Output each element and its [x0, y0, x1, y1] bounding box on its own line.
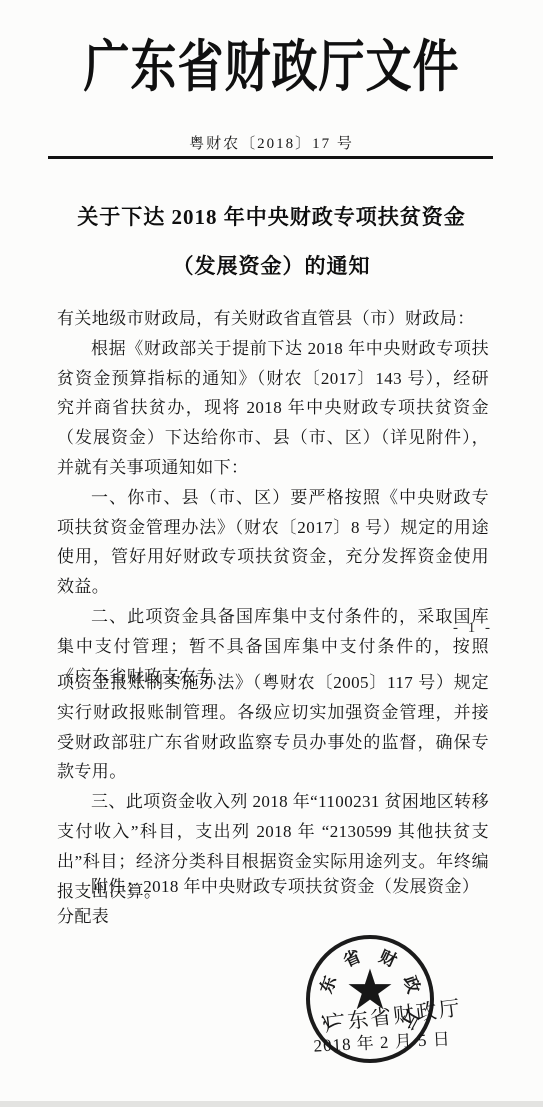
- document-title-line1: 关于下达 2018 年中央财政专项扶贫资金: [30, 193, 513, 242]
- paragraph: 项资金报账制实施办法》（粤财农〔2005〕117 号）规定实行财政报账制管理。各…: [57, 668, 489, 787]
- document-title: 关于下达 2018 年中央财政专项扶贫资金 （发展资金）的通知: [30, 193, 513, 291]
- document-header-title: 广东省财政厅文件: [0, 23, 543, 104]
- document-page: 广东省财政厅文件 粤财农〔2018〕17 号 关于下达 2018 年中央财政专项…: [0, 0, 543, 1107]
- body-page1: 有关地级市财政局，有关财政省直管县（市）财政局： 根据《财政部关于提前下达 20…: [57, 304, 489, 691]
- seal-arc-char: 政: [399, 972, 428, 996]
- document-number: 粤财农〔2018〕17 号: [0, 132, 543, 153]
- paragraph: 一、你市、县（市、区）要严格按照《中央财政专项扶贫资金管理办法》（财农〔2017…: [57, 483, 489, 602]
- page-number: - 1 -: [453, 620, 493, 637]
- salutation: 有关地级市财政局，有关财政省直管县（市）财政局：: [57, 304, 489, 334]
- document-title-line2: （发展资金）的通知: [30, 242, 513, 291]
- attachment-note: 附件：2018 年中央财政专项扶贫资金（发展资金）分配表: [57, 872, 489, 932]
- body-page2: 项资金报账制实施办法》（粤财农〔2005〕117 号）规定实行财政报账制管理。各…: [57, 668, 489, 906]
- paragraph: 根据《财政部关于提前下达 2018 年中央财政专项扶贫资金预算指标的通知》（财农…: [57, 334, 489, 483]
- seal-arc-char: 东: [312, 972, 341, 996]
- header-divider: [48, 156, 493, 159]
- scan-edge: [0, 1101, 543, 1107]
